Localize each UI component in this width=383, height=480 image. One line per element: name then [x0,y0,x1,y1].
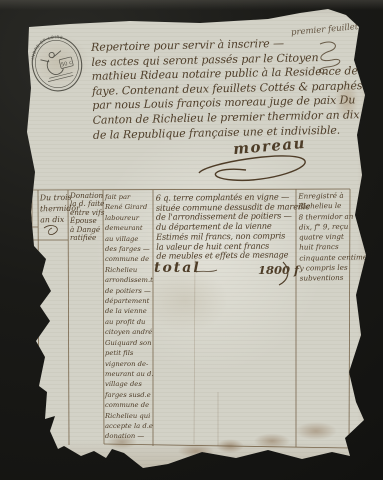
total-value: 1800 f [258,263,299,277]
stamp-region-text: INDRE ET LOIRE [26,32,68,61]
paper-sheet: 50 c INDRE ET LOIRE premier feuillet Rep… [0,0,383,480]
total-label: total [154,260,201,276]
nature-of-act-cell: Donation la d. faite entre vifs Épouse à… [70,192,104,242]
photograph-background: 50 c INDRE ET LOIRE premier feuillet Rep… [0,0,383,480]
margin-number: 1 [25,191,29,199]
crease-line [194,255,218,446]
svg-text:INDRE ET LOIRE: INDRE ET LOIRE [26,32,68,61]
heading-text: Repertoire pour servir à inscrire — les … [91,35,363,143]
revenue-stamp: 50 c INDRE ET LOIRE [26,29,88,96]
description-cell: 6 q. terre complantés en vigne — située … [156,192,311,262]
registration-cell: Enregistré à Richelieu le 8 thermidor an… [298,190,371,284]
stamp-value: 50 c [61,60,73,69]
parties-cell: fait par René Girard laboureur demeurant… [105,192,154,442]
signature-flourish [199,156,305,180]
date-flourish [44,225,57,234]
